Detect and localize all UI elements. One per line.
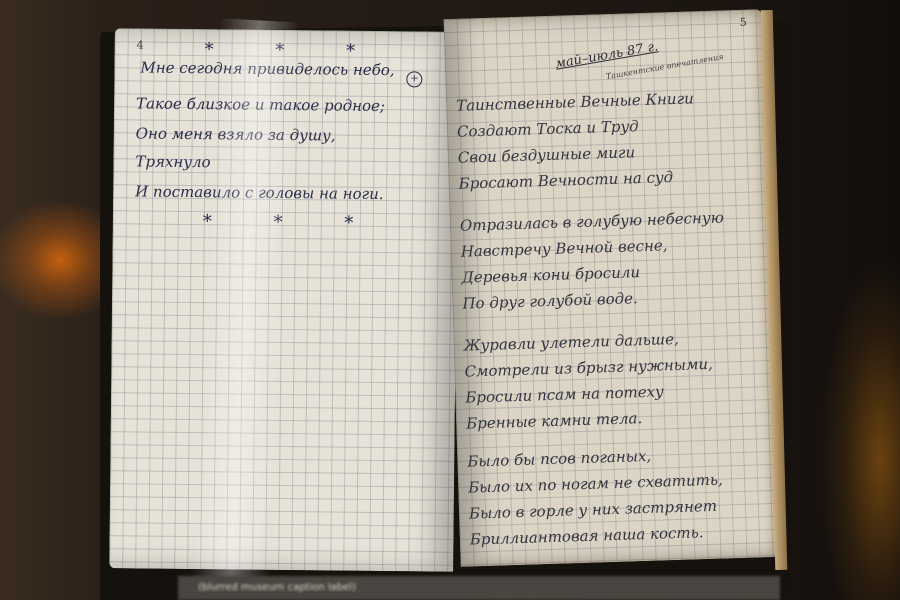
poem-line: Журавли улетели дальше,: [463, 330, 679, 355]
poem-line: Мне сегодня привиделось небо,: [140, 58, 394, 79]
poem-line: Бриллиантовая наша кость.: [470, 523, 704, 548]
poem-line: Навстречу Вечной весне,: [461, 236, 668, 260]
poem-line: Бросают Вечности на суд: [458, 168, 673, 193]
poem-line: Бренные камни тела.: [466, 409, 643, 433]
poem-line: Оно меня взяло за душу,: [136, 124, 336, 144]
poem-line: Было в горле у них застрянет: [469, 497, 717, 523]
poem-line: Такое близкое и такое родное;: [136, 94, 385, 115]
poem-line: Тряхнуло: [135, 152, 210, 171]
museum-caption-label: (blurred museum caption label): [178, 576, 780, 600]
stars-decoration-bottom: * * *: [203, 211, 382, 234]
notebook-left-page: 4 * * * Мне сегодня привиделось небо, + …: [109, 28, 459, 572]
poem-line: Свои бездушные миги: [458, 143, 636, 167]
notebook-right-page: 5 май–июль 87 г. Ташкентские впечатления…: [443, 9, 778, 567]
poem-line: Смотрели из брызг нужными,: [464, 355, 713, 381]
poem-line: Таинственные Вечные Книги: [456, 89, 694, 114]
poem-line: Создают Тоска и Труд: [457, 117, 639, 141]
poem-line: Было их по ногам не схватить,: [468, 471, 723, 497]
poem-line: Деревья кони бросили: [461, 263, 640, 287]
poem-line: Бросили псам на потеху: [465, 382, 664, 406]
poem-line: Отразилась в голубую небесную: [460, 208, 724, 234]
page-number: 4: [137, 38, 144, 51]
poem-line: И поставило с головы на ноги.: [135, 182, 384, 203]
circle-mark: +: [406, 71, 422, 87]
page-number: 5: [740, 16, 747, 29]
poem-line: По друг голубой воде.: [462, 289, 638, 313]
poem-line: Было бы псов поганых,: [467, 447, 651, 471]
